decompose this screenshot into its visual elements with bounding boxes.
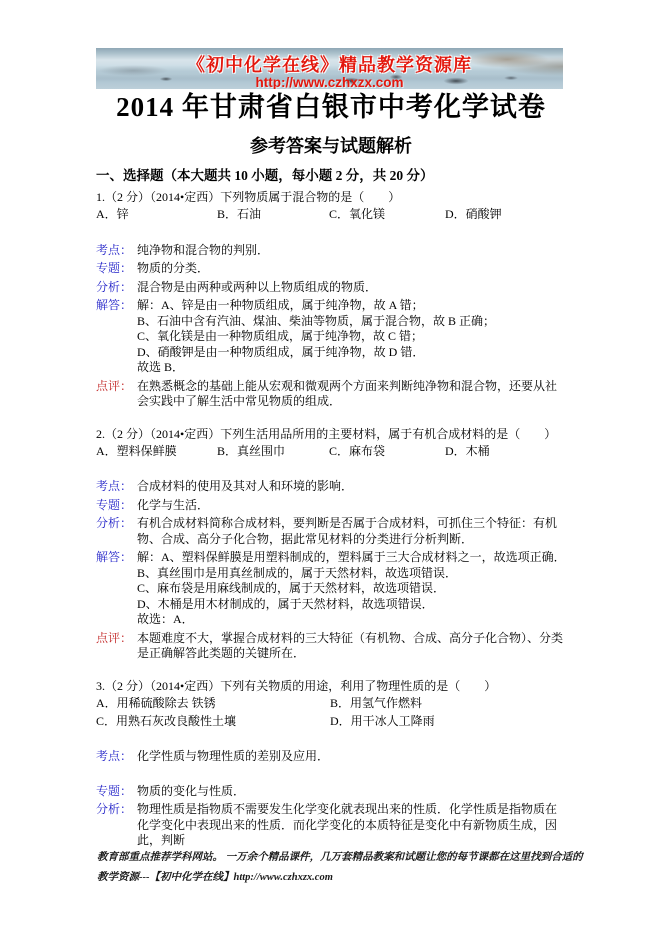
block-content: 物理性质是指物质不需要发生化学变化就表现出来的性质．化学性质是指物质在化学变化中…	[137, 802, 566, 849]
block-content: 纯净物和混合物的判别．	[137, 243, 566, 259]
block-content: 解：A、锌是由一种物质组成，属于纯净物，故 A 错；B、石油中含有汽油、煤油、柴…	[137, 298, 566, 376]
site-banner: 《初中化学在线》精品教学资源库 http://www.czhxzx.com	[96, 48, 563, 89]
block-line: 纯净物和混合物的判别．	[137, 243, 566, 259]
question: 3.（2 分）（2014•定西）下列有关物质的用途，利用了物理性质的是（ ）A．…	[96, 678, 566, 849]
block-label: 专题：	[96, 784, 137, 800]
block-line: 在熟悉概念的基础上能从宏观和微观两个方面来判断纯净物和混合物，还要从社会实践中了…	[137, 379, 566, 410]
block-line: 混合物是由两种或两种以上物质组成的物质．	[137, 280, 566, 296]
block-label: 专题：	[96, 498, 137, 514]
answer-block: 专题：物质的变化与性质．	[96, 784, 566, 800]
answer-block: 分析：物理性质是指物质不需要发生化学变化就表现出来的性质．化学性质是指物质在化学…	[96, 802, 566, 849]
question: 1.（2 分）（2014•定西）下列物质属于混合物的是（ ）A．锌B．石油C．氧…	[96, 189, 566, 410]
block-content: 化学性质与物理性质的差别及应用．	[137, 749, 566, 765]
block-label: 点评：	[96, 379, 137, 410]
answer-block: 解答：解：A、锌是由一种物质组成，属于纯净物，故 A 错；B、石油中含有汽油、煤…	[96, 298, 566, 376]
block-line: 物质的分类．	[137, 261, 566, 277]
block-content: 有机合成材料简称合成材料，要判断是否属于合成材料，可抓住三个特征：有机物、合成、…	[137, 516, 566, 547]
block-line: B、石油中含有汽油、煤油、柴油等物质，属于混合物，故 B 正确；	[137, 314, 566, 330]
block-line: 有机合成材料简称合成材料，要判断是否属于合成材料，可抓住三个特征：有机物、合成、…	[137, 516, 566, 547]
block-content: 化学与生活．	[137, 498, 566, 514]
answer-block: 分析：有机合成材料简称合成材料，要判断是否属于合成材料，可抓住三个特征：有机物、…	[96, 516, 566, 547]
block-line: 化学与生活．	[137, 498, 566, 514]
option: C．氧化镁	[329, 207, 445, 223]
block-line: 故选：A．	[137, 612, 566, 628]
block-content: 物质的变化与性质．	[137, 784, 566, 800]
block-label: 分析：	[96, 280, 137, 296]
answer-block: 解答：解：A、塑料保鲜膜是用塑料制成的，塑料属于三大合成材料之一，故选项正确．B…	[96, 550, 566, 628]
page-subtitle: 参考答案与试题解析	[96, 135, 566, 157]
option: D．硝酸钾	[445, 207, 566, 223]
block-label: 分析：	[96, 516, 137, 547]
page-content: 《初中化学在线》精品教学资源库 http://www.czhxzx.com 20…	[96, 48, 566, 849]
block-line: 物理性质是指物质不需要发生化学变化就表现出来的性质．化学性质是指物质在化学变化中…	[137, 802, 566, 849]
page-title: 2014 年甘肃省白银市中考化学试卷	[96, 91, 566, 123]
options-row: A．用稀硫酸除去 铁锈B．用氢气作燃料C．用熟石灰改良酸性土壤D．用干冰人工降雨	[96, 696, 566, 730]
block-line: B、真丝围巾是用真丝制成的，属于天然材料，故选项错误．	[137, 566, 566, 582]
block-line: 物质的变化与性质．	[137, 784, 566, 800]
block-content: 合成材料的使用及其对人和环境的影响．	[137, 479, 566, 495]
block-label: 考点：	[96, 479, 137, 495]
block-label: 考点：	[96, 749, 137, 765]
block-content: 在熟悉概念的基础上能从宏观和微观两个方面来判断纯净物和混合物，还要从社会实践中了…	[137, 379, 566, 410]
answer-block: 专题：物质的分类．	[96, 261, 566, 277]
block-line: C、麻布袋是用麻线制成的，属于天然材料，故选项错误．	[137, 581, 566, 597]
answer-block: 点评：在熟悉概念的基础上能从宏观和微观两个方面来判断纯净物和混合物，还要从社会实…	[96, 379, 566, 410]
options-row: A．塑料保鲜膜B．真丝围巾C．麻布袋D．木桶	[96, 444, 566, 460]
block-line: 故选 B．	[137, 360, 566, 376]
question-stem: 1.（2 分）（2014•定西）下列物质属于混合物的是（ ）	[96, 189, 566, 206]
block-line: C、氧化镁是由一种物质组成，属于纯净物，故 C 错；	[137, 329, 566, 345]
option: B．用氢气作燃料	[330, 696, 566, 712]
block-label: 解答：	[96, 550, 137, 628]
block-label: 分析：	[96, 802, 137, 849]
block-line: D、硝酸钾是由一种物质组成，属于纯净物，故 D 错．	[137, 345, 566, 361]
answer-block: 分析：混合物是由两种或两种以上物质组成的物质．	[96, 280, 566, 296]
block-line: 合成材料的使用及其对人和环境的影响．	[137, 479, 566, 495]
section-heading: 一、选择题（本大题共 10 小题，每小题 2 分，共 20 分）	[96, 167, 566, 185]
option: A．塑料保鲜膜	[96, 444, 217, 460]
block-line: 本题难度不大，掌握合成材料的三大特征（有机物、合成、高分子化合物）、分类是正确解…	[137, 631, 566, 662]
option: D．木桶	[445, 444, 566, 460]
block-line: 化学性质与物理性质的差别及应用．	[137, 749, 566, 765]
block-label: 专题：	[96, 261, 137, 277]
question: 2.（2 分）（2014•定西）下列生活用品所用的主要材料，属于有机合成材料的是…	[96, 426, 566, 662]
option: B．真丝围巾	[217, 444, 329, 460]
question-stem: 3.（2 分）（2014•定西）下列有关物质的用途，利用了物理性质的是（ ）	[96, 678, 566, 695]
banner-site-url: http://www.czhxzx.com	[96, 75, 563, 89]
option: C．用熟石灰改良酸性土壤	[96, 714, 330, 730]
block-content: 混合物是由两种或两种以上物质组成的物质．	[137, 280, 566, 296]
options-row: A．锌B．石油C．氧化镁D．硝酸钾	[96, 207, 566, 223]
block-label: 解答：	[96, 298, 137, 376]
block-label: 考点：	[96, 243, 137, 259]
block-content: 解：A、塑料保鲜膜是用塑料制成的，塑料属于三大合成材料之一，故选项正确．B、真丝…	[137, 550, 566, 628]
questions-container: 1.（2 分）（2014•定西）下列物质属于混合物的是（ ）A．锌B．石油C．氧…	[96, 189, 566, 849]
footer-line: 教育部重点推荐学科网站。 一万余个精品课件，几万套精品教案和试题让您的每节课都在…	[97, 848, 617, 868]
answer-block: 考点：纯净物和混合物的判别．	[96, 243, 566, 259]
answer-block: 考点：合成材料的使用及其对人和环境的影响．	[96, 479, 566, 495]
option: C．麻布袋	[329, 444, 445, 460]
block-line: D、木桶是用木材制成的，属于天然材料，故选项错误．	[137, 597, 566, 613]
block-line: 解：A、锌是由一种物质组成，属于纯净物，故 A 错；	[137, 298, 566, 314]
block-content: 物质的分类．	[137, 261, 566, 277]
option: A．用稀硫酸除去 铁锈	[96, 696, 330, 712]
block-label: 点评：	[96, 631, 137, 662]
block-content: 本题难度不大，掌握合成材料的三大特征（有机物、合成、高分子化合物）、分类是正确解…	[137, 631, 566, 662]
option: D．用干冰人工降雨	[330, 714, 566, 730]
question-stem: 2.（2 分）（2014•定西）下列生活用品所用的主要材料，属于有机合成材料的是…	[96, 426, 566, 443]
option: B．石油	[217, 207, 329, 223]
footer-line: 教学资源---【初中化学在线】http://www.czhxzx.com	[97, 868, 617, 888]
exam-paper-page: 《初中化学在线》精品教学资源库 http://www.czhxzx.com 20…	[0, 0, 661, 935]
answer-block: 专题：化学与生活．	[96, 498, 566, 514]
banner-site-name: 《初中化学在线》精品教学资源库	[96, 51, 563, 77]
block-line: 解：A、塑料保鲜膜是用塑料制成的，塑料属于三大合成材料之一，故选项正确．	[137, 550, 566, 566]
option: A．锌	[96, 207, 217, 223]
answer-block: 考点：化学性质与物理性质的差别及应用．	[96, 749, 566, 765]
answer-block: 点评：本题难度不大，掌握合成材料的三大特征（有机物、合成、高分子化合物）、分类是…	[96, 631, 566, 662]
page-footer: 教育部重点推荐学科网站。 一万余个精品课件，几万套精品教案和试题让您的每节课都在…	[97, 848, 617, 888]
